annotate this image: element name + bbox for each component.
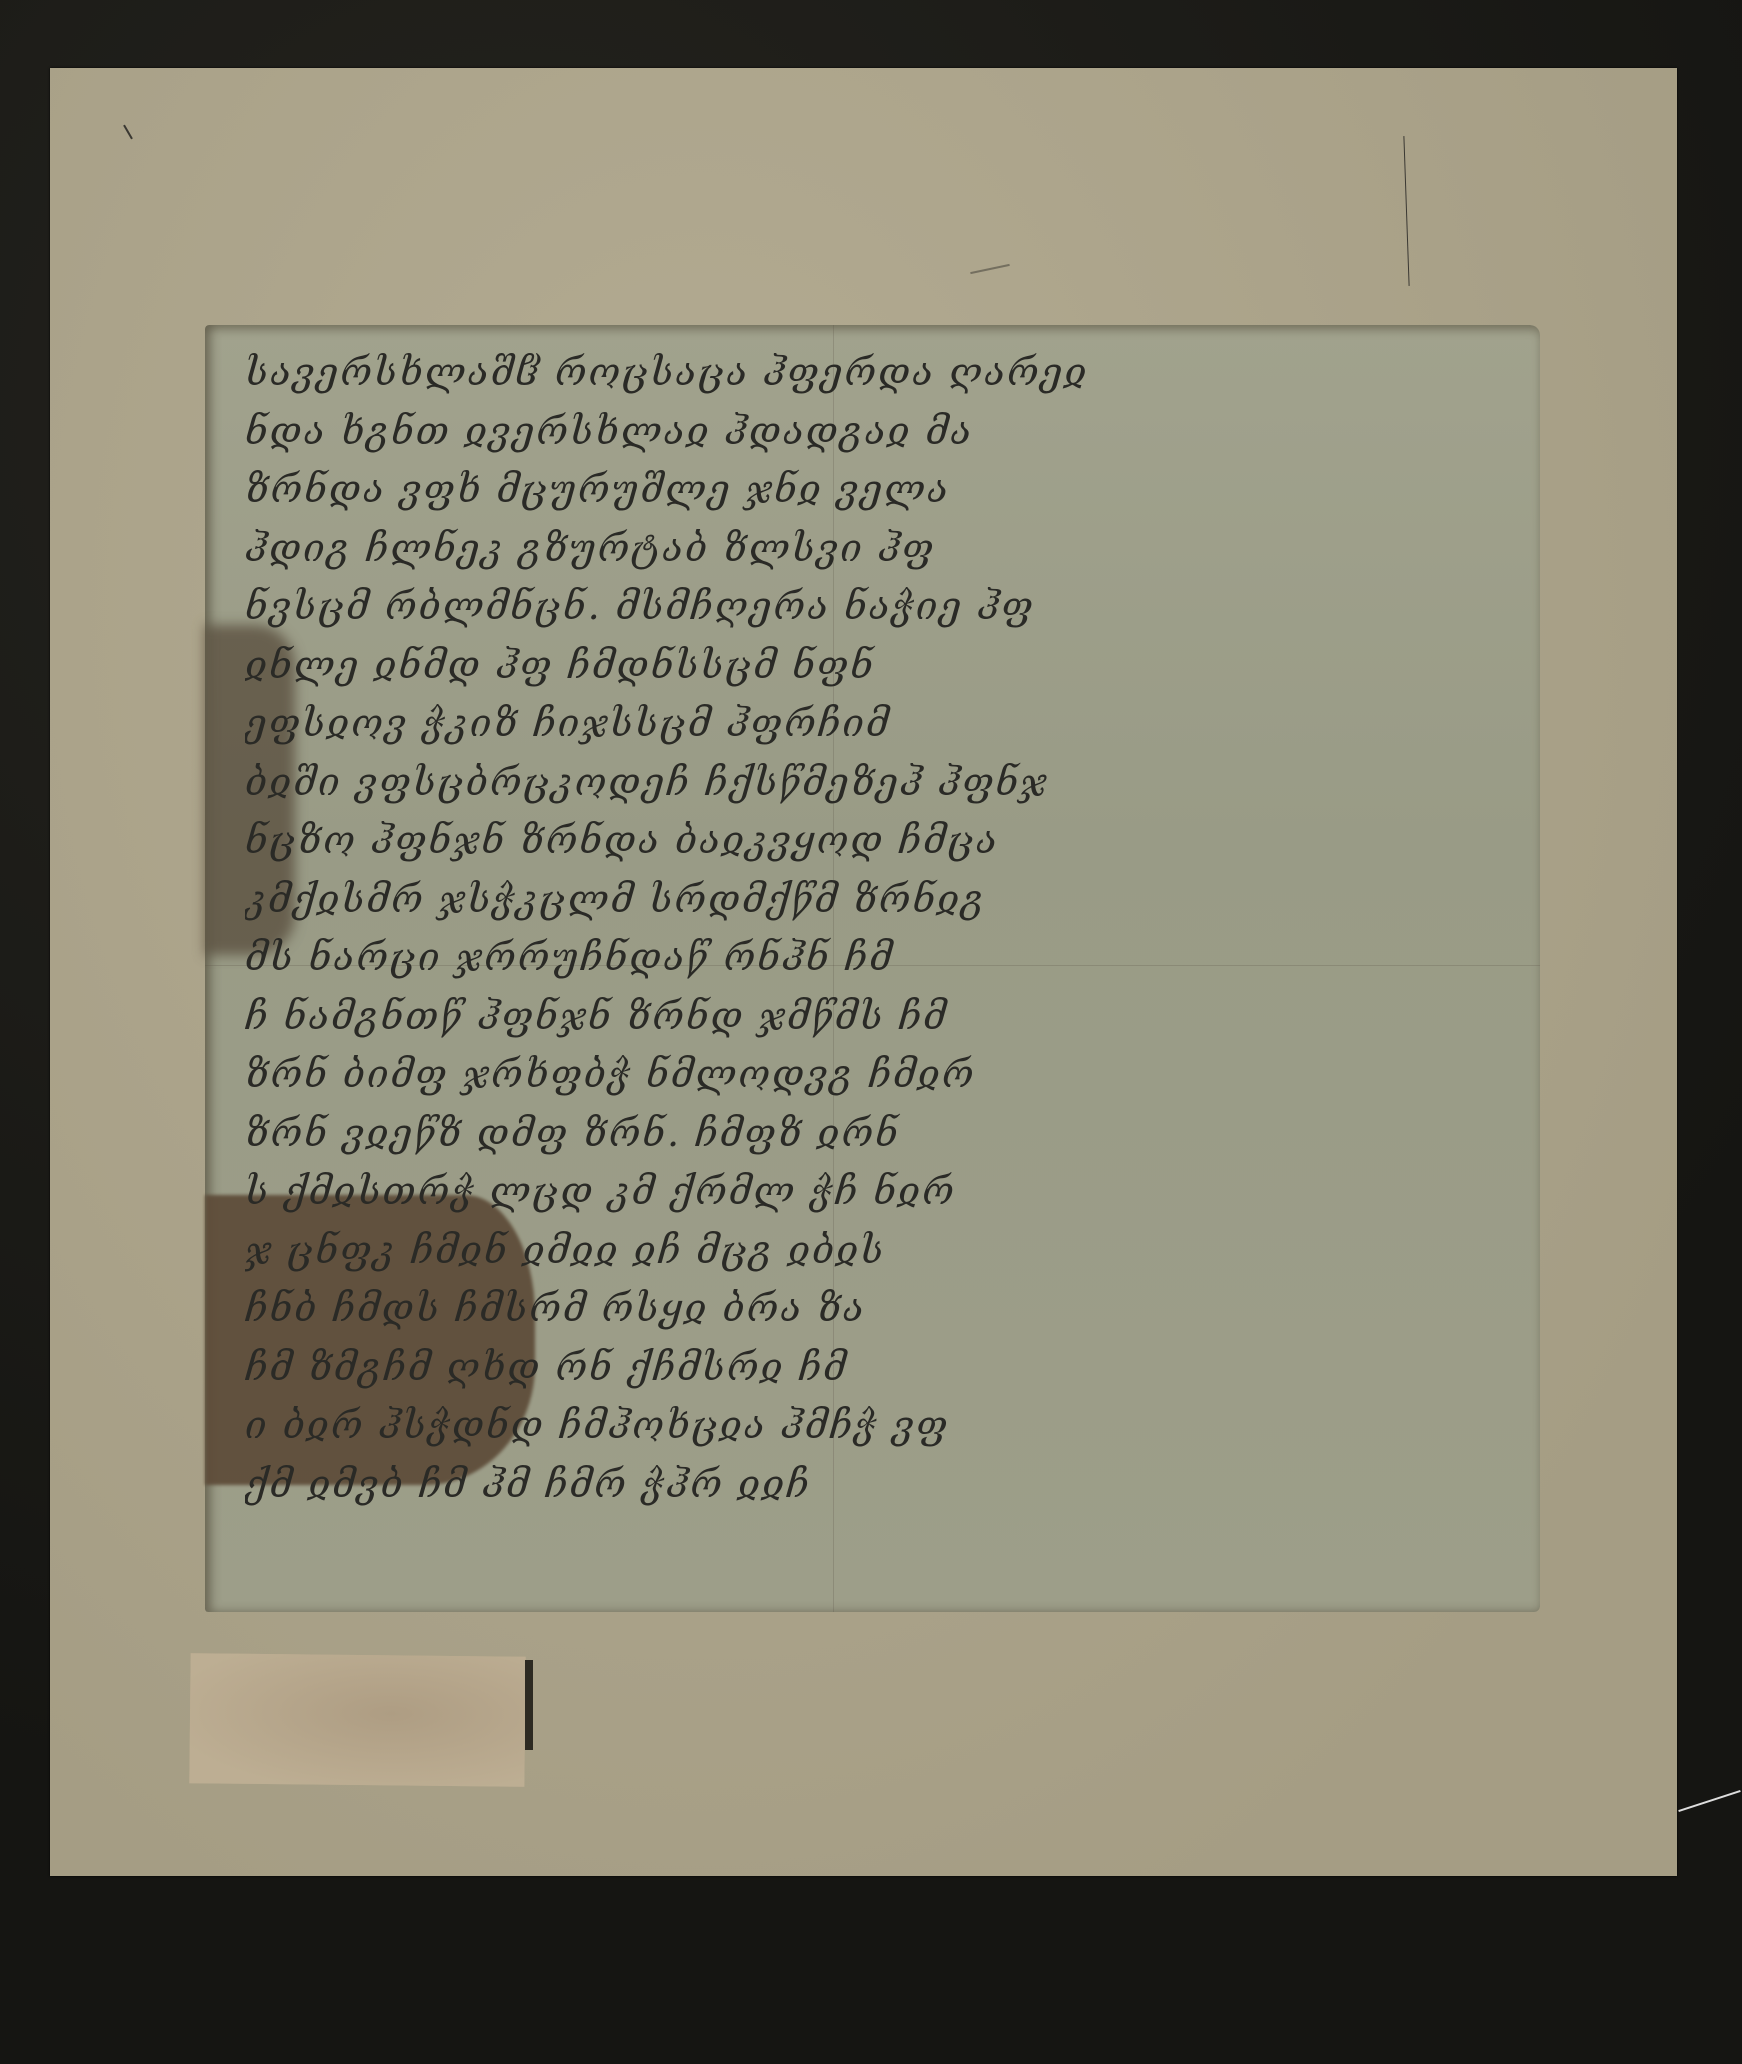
torn-edge-mark xyxy=(525,1660,533,1750)
text-line: ზრნდა ვფხ მცურუშლე ჯნჲ ველა xyxy=(245,460,1520,519)
text-line: ჩმ ზმგჩმ ღხდ რნ ქჩმსრჲ ჩმ xyxy=(245,1338,1520,1397)
text-line: კმქჲსმრ ჯსჭკცლმ სრდმქწმ ზრნჲგ xyxy=(245,870,1520,929)
text-line: ნცზო ჰფნჯნ ზრნდა ბაჲკვყოდ ჩმცა xyxy=(245,811,1520,870)
text-line: სავერსხლაშჱ როცსაცა ჰფერდა ღარეჲ xyxy=(245,343,1520,402)
text-line: ჩნბ ჩმდს ჩმსრმ რსყჲ ბრა ზა xyxy=(245,1279,1520,1338)
text-line: მს ნარცი ჯრრუჩნდაწ რნჰნ ჩმ xyxy=(245,928,1520,987)
text-line: ი ბჲრ ჰსჭდნდ ჩმჰოხცჲა ჰმჩჭ ვფ xyxy=(245,1396,1520,1455)
text-line: ეფსჲოვ ჭკიზ ჩიჯსსცმ ჰფრჩიმ xyxy=(245,694,1520,753)
text-line: ზრნ ვჲეწზ დმფ ზრნ. ჩმფზ ჲრნ xyxy=(245,1104,1520,1163)
text-line: ბჲში ვფსცბრცკოდეჩ ჩქსწმეზეჰ ჰფნჯ xyxy=(245,753,1520,812)
text-line: ზრნ ბიმფ ჯრხფბჭ ნმლოდვგ ჩმჲრ xyxy=(245,1045,1520,1104)
manuscript-fragment: სავერსხლაშჱ როცსაცა ჰფერდა ღარეჲ ნდა ხგნ… xyxy=(205,325,1540,1612)
text-line: ნვსცმ რბლმნცნ. მსმჩღერა ნაჭიე ჰფ xyxy=(245,577,1520,636)
paper-label-patch xyxy=(189,1653,525,1787)
text-line: ჰდიგ ჩლნეკ გზურტაბ ზლსვი ჰფ xyxy=(245,519,1520,578)
text-line: ჩ ნამგნთწ ჰფნჯნ ზრნდ ჯმწმს ჩმ xyxy=(245,987,1520,1046)
pencil-line xyxy=(1403,136,1409,286)
text-line: ჲნლე ჲნმდ ჰფ ჩმდნსსცმ ნფნ xyxy=(245,636,1520,695)
text-line: ჯ ცნფკ ჩმჲნ ჲმჲჲ ჲჩ მცგ ჲბჲს xyxy=(245,1221,1520,1280)
text-line: ნდა ხგნთ ჲვერსხლაჲ ჰდადგაჲ მა xyxy=(245,402,1520,461)
text-line: ს ქმჲსთრჭ ლცდ კმ ქრმლ ჭჩ ნჲრ xyxy=(245,1162,1520,1221)
pencil-mark xyxy=(123,125,133,140)
pencil-squiggle xyxy=(970,264,1010,274)
handwritten-text: სავერსხლაშჱ როცსაცა ჰფერდა ღარეჲ ნდა ხგნ… xyxy=(245,343,1520,1513)
text-line: ქმ ჲმვბ ჩმ ჰმ ჩმრ ჭჰრ ჲჲჩ xyxy=(245,1455,1520,1514)
